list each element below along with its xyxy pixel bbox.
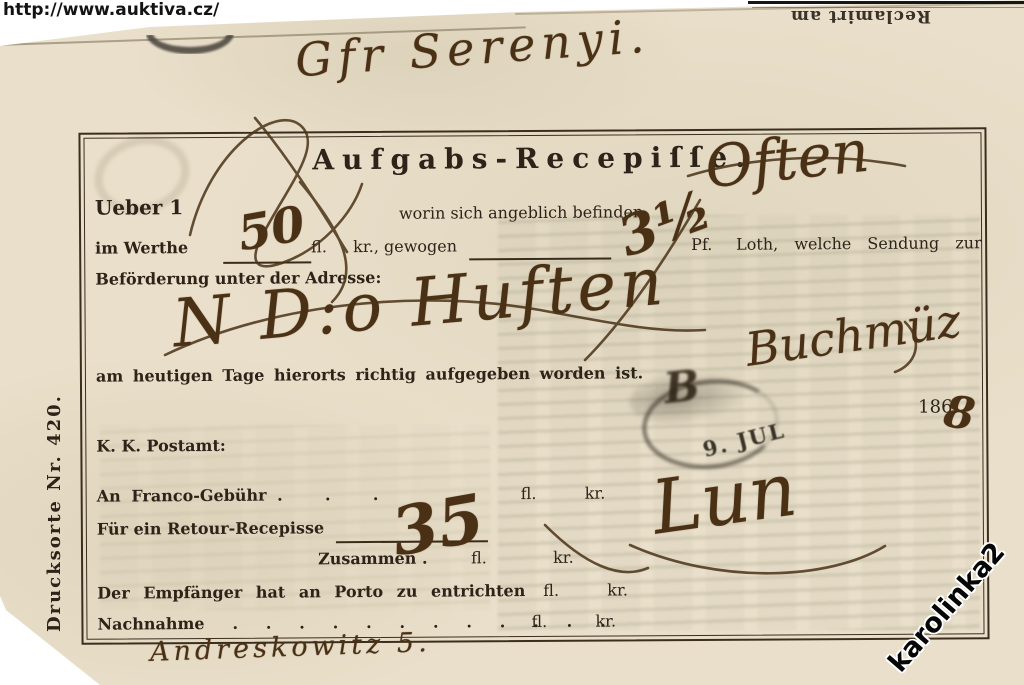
label-loth: Loth, welche Sendung zur bbox=[736, 234, 982, 253]
label-kr-franco: kr. bbox=[585, 485, 606, 503]
drucksorte-note: Drucksorte Nr. 420. bbox=[44, 394, 65, 632]
label-kr-empfaenger: kr. bbox=[607, 581, 628, 599]
verso-reclamirt-text: Reclamirt am bbox=[790, 6, 931, 26]
label-fl-nachnahme: fl. bbox=[531, 613, 547, 631]
scanned-postal-receipt: Aufgabs-Recepiſſe. Ueber 1 worin sich an… bbox=[0, 0, 1024, 685]
form-frame: Aufgabs-Recepiſſe. Ueber 1 worin sich an… bbox=[78, 127, 989, 645]
label-postamt: K. K. Postamt: bbox=[96, 437, 225, 455]
label-retour: Für ein Retour-Recepisse bbox=[97, 519, 324, 538]
scan-edge-line bbox=[748, 1, 1024, 4]
handwriting-often: Often bbox=[702, 122, 871, 197]
label-empfaenger: Der Empfänger hat an Porto zu entrichten bbox=[97, 582, 525, 602]
label-ueber: Ueber 1 bbox=[95, 196, 183, 219]
handwriting-signature: Lun bbox=[648, 452, 801, 545]
label-kr-nachnahme: kr. bbox=[595, 613, 616, 631]
label-worin: worin sich angeblich befinden bbox=[399, 203, 643, 222]
label-fl-empfaenger: fl. bbox=[543, 582, 559, 600]
handwriting-value-fl: 50 bbox=[234, 200, 308, 259]
label-franco: An Franco-Gebühr . . . bbox=[97, 486, 379, 505]
handwriting-year-digit: 8 bbox=[941, 390, 977, 438]
label-kr-zusammen: kr. bbox=[553, 549, 574, 567]
label-kr-gewogen: kr., gewogen bbox=[353, 237, 457, 255]
handwriting-total-kr: 35 bbox=[387, 485, 489, 566]
postmark-town: B bbox=[662, 365, 702, 410]
paper-sheet: Aufgabs-Recepiſſe. Ueber 1 worin sich an… bbox=[0, 0, 1024, 685]
handwriting-bottom-note: Andreskowitz 5. bbox=[150, 629, 431, 666]
label-im-werthe: im Werthe bbox=[95, 239, 188, 257]
handwriting-recipient: Gfr Serenyi. bbox=[294, 13, 652, 84]
label-aufgegeben: am heutigen Tage hierorts richtig aufgeg… bbox=[96, 364, 643, 385]
label-fl-werthe: fl. bbox=[311, 238, 327, 256]
auction-url-watermark: http://www.auktiva.cz/ bbox=[3, 0, 219, 20]
label-fl-franco: fl. bbox=[521, 485, 537, 503]
